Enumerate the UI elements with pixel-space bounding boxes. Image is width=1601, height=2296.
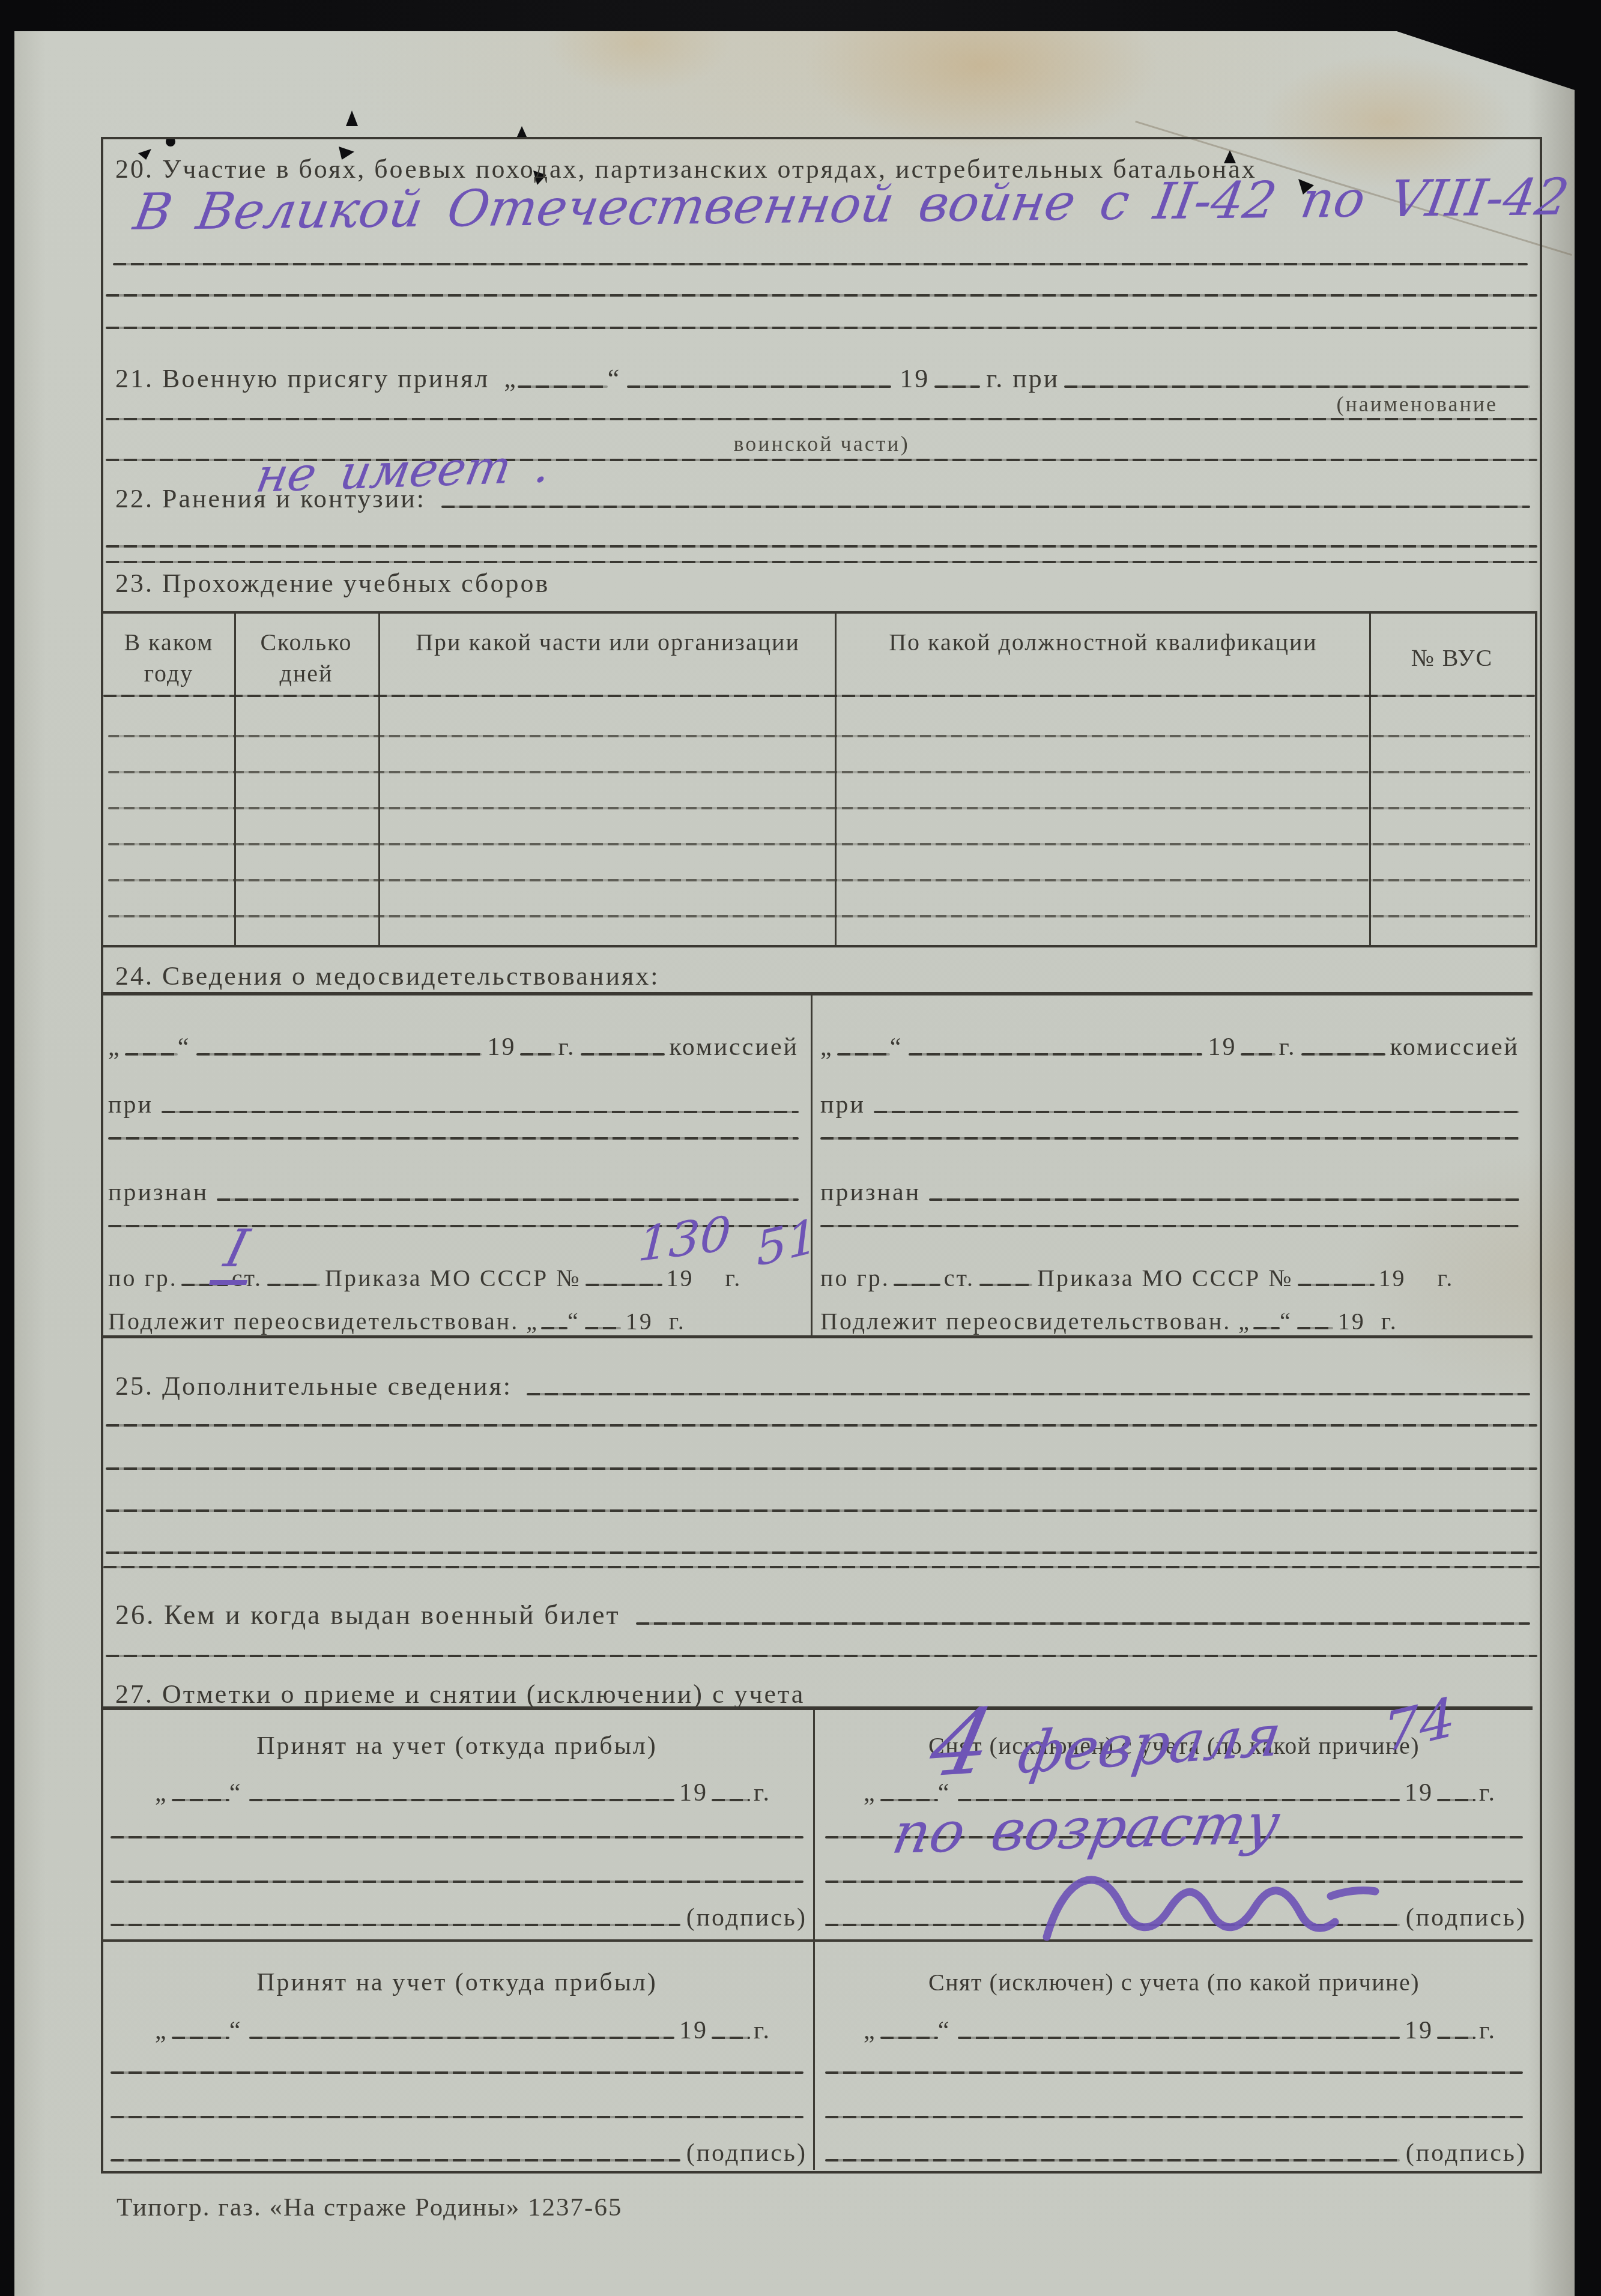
- medical-reexam-line: Подлежит переосвидетельствован. „ “ 19 г…: [820, 1303, 1519, 1335]
- blank-field: [110, 2159, 680, 2162]
- quote-open: „: [864, 1778, 877, 1807]
- blank-field: [880, 2037, 938, 2039]
- header-separator: [103, 695, 1535, 697]
- blank-field: [541, 1327, 567, 1329]
- article-label: ст.: [944, 1264, 975, 1292]
- blank-field: [1437, 2037, 1475, 2039]
- ruled-line: [106, 1509, 1537, 1512]
- ruled-line: [820, 1225, 1519, 1227]
- blank-field: [441, 506, 1530, 508]
- ruled-line: [106, 294, 1537, 297]
- year-prefix: 19: [1378, 1264, 1406, 1292]
- year-prefix: 19: [488, 1033, 516, 1062]
- blank-field: [627, 385, 891, 388]
- year-prefix: 19: [1338, 1307, 1366, 1335]
- blank-field: [712, 1799, 750, 1801]
- ruled-line: [825, 2116, 1523, 2118]
- column-divider: [234, 614, 236, 945]
- signature-caption: (подпись): [686, 2139, 807, 2168]
- removal-month-handwriting: февраля: [1014, 1702, 1285, 1787]
- section26-line: 26. Кем и когда выдан военный билет: [115, 1594, 1530, 1631]
- form-frame: 20. Участие в боях, боевых походах, парт…: [101, 137, 1542, 2174]
- ruled-line: [108, 1137, 799, 1140]
- year-prefix: 19: [1405, 2016, 1433, 2045]
- priznan-label: признан: [108, 1178, 208, 1207]
- table-row-line: [108, 915, 1530, 917]
- table-row-line: [108, 843, 1530, 845]
- priznan-label: признан: [820, 1178, 921, 1207]
- table-row-line: [108, 735, 1530, 737]
- reexam-label: Подлежит переосвидетельствован.: [820, 1307, 1231, 1335]
- medical-pri-line: при: [108, 1086, 799, 1119]
- remove-header: Снят (исключен) с учета (по какой причин…: [816, 1968, 1533, 1996]
- quote-close: “: [229, 2016, 243, 2045]
- quote-open: „: [155, 2016, 168, 2045]
- blank-field: [249, 2037, 674, 2039]
- section23-label: 23. Прохождение учебных сборов: [115, 568, 549, 599]
- col-header-qualification: По какой должностной квалификации: [884, 627, 1322, 658]
- col-header-unit: При какой части или организации: [404, 627, 812, 658]
- commission-label: комиссией: [670, 1033, 799, 1062]
- pri-label: при: [820, 1090, 865, 1119]
- year-suffix: г.: [1479, 1778, 1497, 1807]
- blank-field: [712, 2037, 750, 2039]
- blank-field: [958, 2037, 1400, 2039]
- ruled-line: [106, 1655, 1537, 1657]
- scanned-military-document: 20. Участие в боях, боевых походах, парт…: [0, 0, 1601, 2296]
- medical-cell-left: „ “ 19 г. комиссией при: [108, 995, 802, 1335]
- col-header-vus: № ВУС: [1373, 642, 1531, 674]
- blank-field: [1064, 385, 1530, 388]
- blank-field: [518, 385, 608, 388]
- column-divider: [378, 614, 380, 945]
- blank-field: [172, 2037, 229, 2039]
- accept-header: Принят на учет (откуда прибыл): [101, 1732, 813, 1760]
- ruled-line: [106, 1551, 1537, 1554]
- blank-field: [825, 2159, 1400, 2162]
- col-header-year: В каком году: [107, 627, 231, 689]
- quote-close: “: [567, 1307, 580, 1335]
- medical-box: „ “ 19 г. комиссией при: [101, 992, 1533, 1338]
- registration-table: Принят на учет (откуда прибыл) „ “ 19 г.: [101, 1706, 1533, 2170]
- blank-field: [585, 1327, 621, 1329]
- quote-open: „: [820, 1033, 834, 1062]
- year-suffix: г.: [1479, 2016, 1497, 2045]
- blank-field: [837, 1053, 890, 1056]
- year-suffix: г.: [1381, 1307, 1398, 1335]
- date-line: „ “ 19 г.: [864, 2013, 1497, 2045]
- date-line: „ “ 19 г.: [155, 1775, 771, 1807]
- blank-field: [1297, 1327, 1333, 1329]
- blank-field: [1241, 1053, 1276, 1056]
- blank-field: [929, 1198, 1519, 1201]
- signature-line: (подпись): [110, 1901, 807, 1932]
- blank-field: [110, 1924, 680, 1926]
- section21-line: 21. Военную присягу принял „ “ 19 г. при: [115, 351, 1530, 394]
- accept-cell-2: Принят на учет (откуда прибыл) „ “ 19 г.: [101, 1942, 813, 2170]
- medical-handwriting-year: 51: [754, 1208, 820, 1277]
- blank-field: [909, 1053, 1202, 1056]
- commission-label: комиссией: [1390, 1033, 1519, 1062]
- medical-priznan-line: признан: [108, 1173, 799, 1207]
- blank-field: [636, 1622, 1530, 1625]
- blank-field: [1253, 1327, 1280, 1329]
- signature-caption: (подпись): [1406, 2139, 1527, 2168]
- medical-cell-right: „ “ 19 г. комиссией при: [820, 995, 1525, 1335]
- medical-priznan-line: признан: [820, 1173, 1519, 1207]
- blank-field: [874, 1111, 1519, 1113]
- print-shop-imprint: Типогр. газ. «На страже Родины» 1237-65: [117, 2193, 622, 2222]
- signature-line: (подпись): [110, 2136, 807, 2168]
- medical-order-line: по гр. ст. Приказа МО СССР № 19 г.: [820, 1258, 1519, 1292]
- year-prefix: 19: [679, 1778, 708, 1807]
- quote-open: „: [108, 1033, 121, 1062]
- section25-label: 25. Дополнительные сведения:: [115, 1371, 512, 1401]
- blank-field: [249, 1799, 674, 1801]
- blank-field: [267, 1284, 320, 1286]
- year-suffix: г.: [669, 1307, 686, 1335]
- column-divider: [1369, 614, 1371, 945]
- training-table: В каком году Сколько дней При какой част…: [101, 611, 1537, 947]
- year-suffix: г.: [1437, 1264, 1454, 1292]
- order-label: Приказа МО СССР №: [325, 1264, 581, 1292]
- section24-label: 24. Сведения о медосвидетельствованиях:: [115, 961, 659, 991]
- medical-date-line: „ “ 19 г. комиссией: [108, 1027, 799, 1062]
- ruled-line: [106, 561, 1537, 563]
- year-prefix: 19: [679, 2016, 708, 2045]
- signature-line: (подпись): [825, 2136, 1527, 2168]
- quote-open: „: [526, 1307, 539, 1335]
- ruled-line: [103, 1566, 1540, 1568]
- section21-hint-top: (наименование: [1336, 391, 1498, 417]
- year-suffix: г.: [754, 1778, 771, 1807]
- remove-cell-2: Снят (исключен) с учета (по какой причин…: [816, 1942, 1533, 2170]
- year-prefix: 19: [1405, 1778, 1433, 1807]
- quote-close: “: [890, 1033, 903, 1062]
- col-header-days: Сколько дней: [238, 627, 375, 689]
- accept-header: Принят на учет (откуда прибыл): [101, 1968, 813, 1997]
- ruled-line: [106, 1424, 1537, 1427]
- ruled-line: [110, 2071, 804, 2074]
- blank-field: [1298, 1284, 1375, 1286]
- table-row-line: [108, 771, 1530, 773]
- ruled-line: [820, 1137, 1519, 1140]
- section22-handwriting: не имеет .: [252, 439, 555, 503]
- section26-label: 26. Кем и когда выдан военный билет: [115, 1599, 620, 1631]
- column-divider: [811, 995, 813, 1335]
- blank-field: [581, 1053, 665, 1056]
- ruled-line: [113, 263, 1528, 265]
- remove-cell-1: Снят (исключен) с учета (по какой причин…: [816, 1710, 1533, 1939]
- reexam-label: Подлежит переосвидетельствован.: [108, 1307, 519, 1335]
- accept-cell-1: Принят на учет (откуда прибыл) „ “ 19 г.: [101, 1710, 813, 1939]
- year-prefix: 19: [900, 363, 930, 394]
- year-suffix: г.: [754, 2016, 771, 2045]
- blank-field: [1301, 1053, 1385, 1056]
- year-suffix: г. при: [986, 363, 1059, 394]
- punch-hole: [516, 126, 527, 138]
- quote-close: “: [229, 1778, 243, 1807]
- year-suffix: г.: [558, 1033, 576, 1062]
- medical-reexam-line: Подлежит переосвидетельствован. „ “ 19 г…: [108, 1303, 799, 1335]
- pri-label: при: [108, 1090, 153, 1119]
- blank-field: [196, 1053, 481, 1056]
- ruled-line: [110, 2116, 804, 2118]
- blank-field: [1437, 1799, 1475, 1801]
- section25-line: 25. Дополнительные сведения:: [115, 1365, 1530, 1401]
- ruled-line: [106, 1467, 1537, 1470]
- ruled-line: [110, 1836, 804, 1838]
- group-label: по гр.: [820, 1264, 890, 1292]
- quote-close: “: [178, 1033, 191, 1062]
- ruled-line: [106, 545, 1537, 548]
- blank-field: [162, 1111, 799, 1113]
- section27-label: 27. Отметки о приеме и снятии (исключени…: [115, 1679, 805, 1709]
- column-divider: [835, 614, 837, 945]
- blank-field: [527, 1393, 1530, 1395]
- quote-close: “: [1280, 1307, 1292, 1335]
- signature-caption: (подпись): [1406, 1903, 1527, 1932]
- year-prefix: 19: [626, 1307, 653, 1335]
- order-label: Приказа МО СССР №: [1037, 1264, 1293, 1292]
- year-suffix: г.: [725, 1264, 742, 1292]
- punch-hole: [346, 110, 358, 126]
- ruled-line: [106, 418, 1537, 420]
- blank-field: [520, 1053, 555, 1056]
- table-row-line: [108, 879, 1530, 881]
- section21-label: 21. Военную присягу принял: [115, 363, 489, 394]
- date-line: „ “ 19 г.: [155, 2013, 771, 2045]
- group-label: по гр.: [108, 1264, 178, 1292]
- medical-pri-line: при: [820, 1086, 1519, 1119]
- quote-open: „: [864, 2016, 877, 2045]
- ruled-line: [106, 327, 1537, 329]
- blank-field: [894, 1284, 940, 1286]
- ruled-line: [110, 1881, 804, 1883]
- blank-field: [586, 1284, 662, 1286]
- table-row-line: [108, 807, 1530, 809]
- quote-close: “: [938, 2016, 951, 2045]
- quote-open: „: [155, 1778, 168, 1807]
- year-prefix: 19: [1208, 1033, 1237, 1062]
- medical-date-line: „ “ 19 г. комиссией: [820, 1027, 1519, 1062]
- medical-handwriting-number: 130: [637, 1206, 733, 1272]
- signature-caption: (подпись): [686, 1903, 807, 1932]
- blank-field: [979, 1284, 1032, 1286]
- blank-field: [934, 385, 980, 388]
- blank-field: [172, 1799, 229, 1801]
- year-suffix: г.: [1279, 1033, 1297, 1062]
- quote-close: “: [608, 363, 622, 394]
- ruled-line: [825, 2071, 1523, 2074]
- document-page: 20. Участие в боях, боевых походах, парт…: [14, 31, 1575, 2296]
- blank-field: [125, 1053, 178, 1056]
- quote-open: „: [1238, 1307, 1251, 1335]
- quote-open: „: [504, 363, 518, 394]
- blank-field: [217, 1198, 799, 1201]
